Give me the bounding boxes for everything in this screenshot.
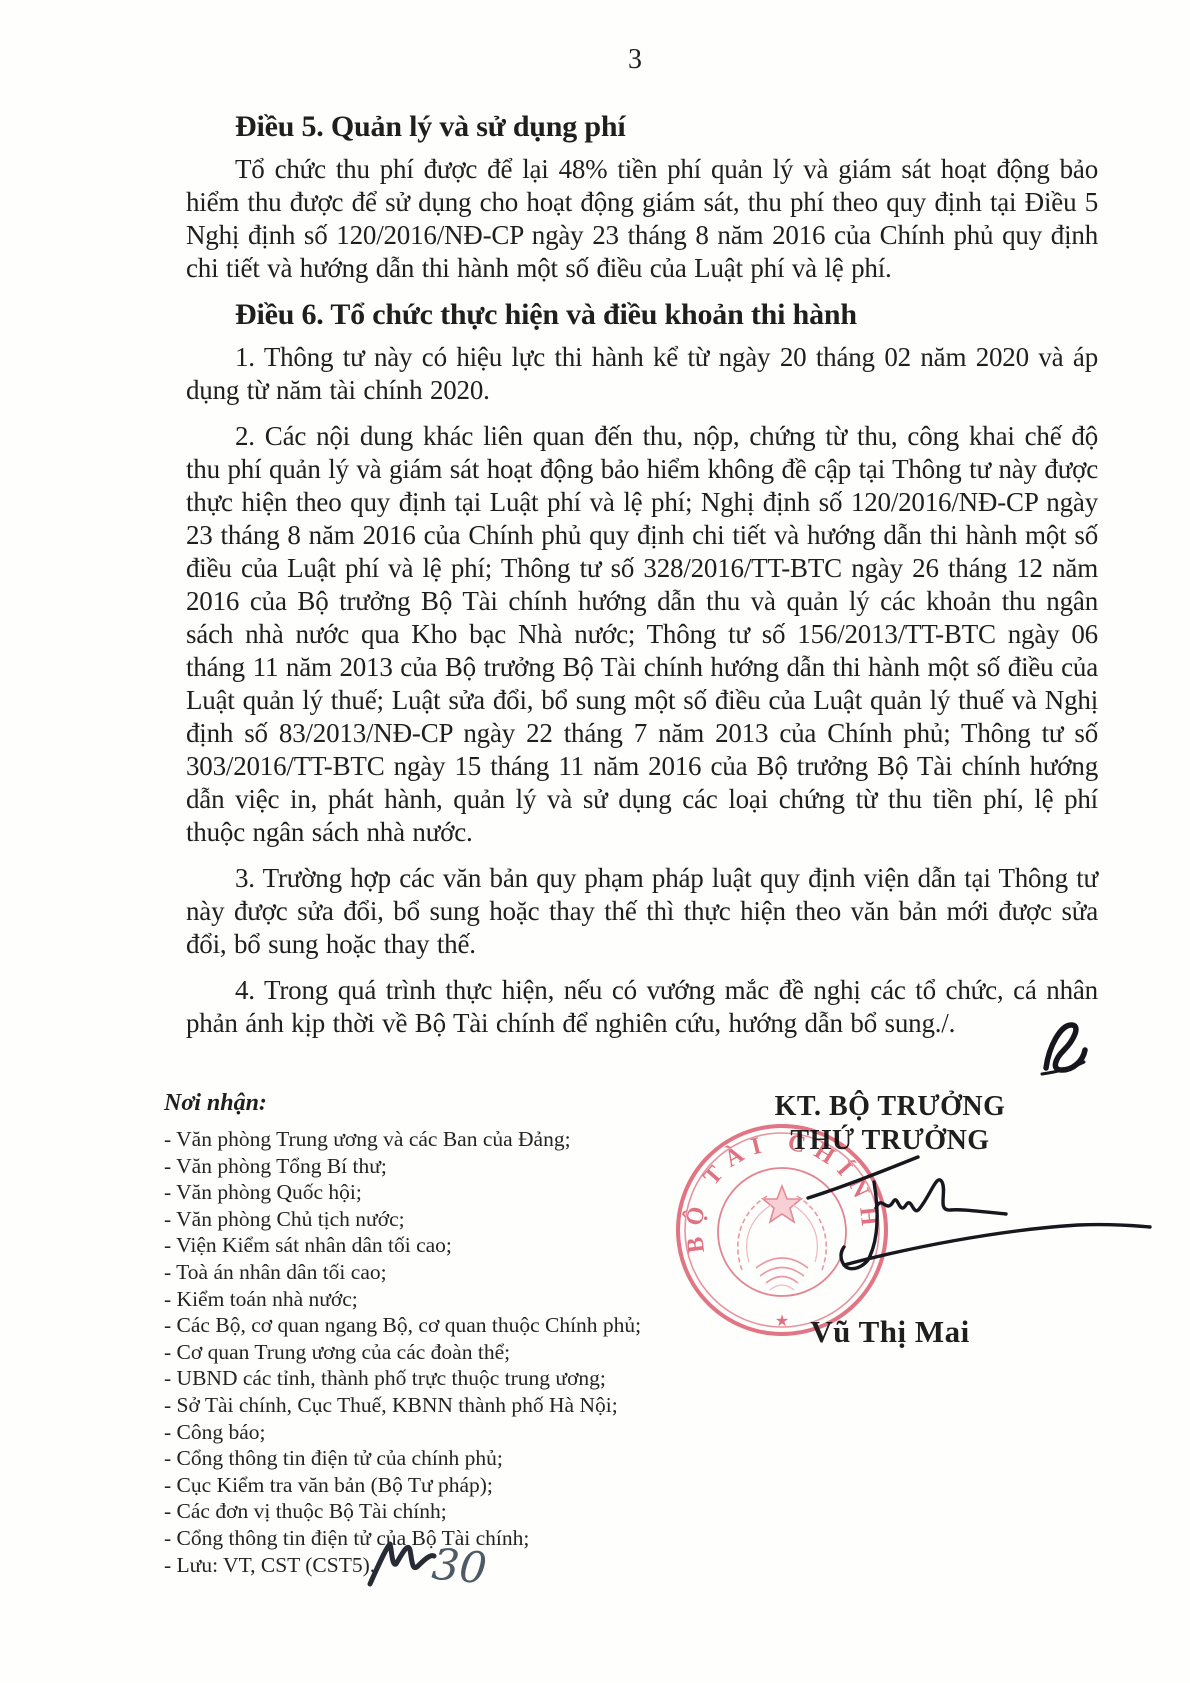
recipient-item: Cổng thông tin điện tử của chính phủ; — [164, 1445, 724, 1472]
recipients-label: Nơi nhận: — [164, 1090, 724, 1117]
article5-body: Tổ chức thu phí được để lại 48% tiền phí… — [186, 153, 1098, 285]
handwritten-page-count: 30 — [430, 1540, 489, 1595]
article5-heading: Điều 5. Quản lý và sử dụng phí — [186, 110, 1098, 144]
recipient-item: Toà án nhân dân tối cao; — [164, 1259, 724, 1286]
article6-clause-4: 4. Trong quá trình thực hiện, nếu có vướ… — [186, 974, 1098, 1040]
handwritten-initial-mark — [1032, 1016, 1094, 1080]
recipient-item: Sở Tài chính, Cục Thuế, KBNN thành phố H… — [164, 1392, 724, 1419]
recipient-item: UBND các tỉnh, thành phố trực thuộc trun… — [164, 1365, 724, 1392]
recipient-item: Văn phòng Quốc hội; — [164, 1179, 724, 1206]
scanned-document-page: 3 Điều 5. Quản lý và sử dụng phí Tổ chức… — [0, 0, 1190, 1683]
recipient-item: Các đơn vị thuộc Bộ Tài chính; — [164, 1498, 724, 1525]
article6-clause-3: 3. Trường hợp các văn bản quy phạm pháp … — [186, 862, 1098, 961]
article6-clause-1: 1. Thông tư này có hiệu lực thi hành kể … — [186, 341, 1098, 407]
page-number: 3 — [40, 44, 1190, 76]
recipient-item: Kiểm toán nhà nước; — [164, 1286, 724, 1313]
article6-heading: Điều 6. Tổ chức thực hiện và điều khoản … — [186, 298, 1098, 332]
signer-name: Vũ Thị Mai — [735, 1314, 1045, 1350]
article6-clause-2: 2. Các nội dung khác liên quan đến thu, … — [186, 420, 1098, 849]
recipient-item: Văn phòng Trung ương và các Ban của Đảng… — [164, 1126, 724, 1153]
recipients-list: Văn phòng Trung ương và các Ban của Đảng… — [164, 1126, 724, 1578]
recipient-item: Văn phòng Tổng Bí thư; — [164, 1153, 724, 1180]
recipient-item: Cơ quan Trung ương của các đoàn thể; — [164, 1339, 724, 1366]
recipient-item: Các Bộ, cơ quan ngang Bộ, cơ quan thuộc … — [164, 1312, 724, 1339]
recipient-item: Văn phòng Chủ tịch nước; — [164, 1206, 724, 1233]
recipient-item: Công báo; — [164, 1419, 724, 1446]
document-body: Điều 5. Quản lý và sử dụng phí Tổ chức t… — [186, 110, 1098, 1053]
recipient-item: Viện Kiểm sát nhân dân tối cao; — [164, 1232, 724, 1259]
authority-line-1: KT. BỘ TRƯỞNG — [735, 1090, 1045, 1124]
recipients-block: Nơi nhận: Văn phòng Trung ương và các Ba… — [164, 1090, 724, 1578]
recipient-item: Cục Kiểm tra văn bản (Bộ Tư pháp); — [164, 1472, 724, 1499]
signature-ink — [798, 1126, 1190, 1331]
